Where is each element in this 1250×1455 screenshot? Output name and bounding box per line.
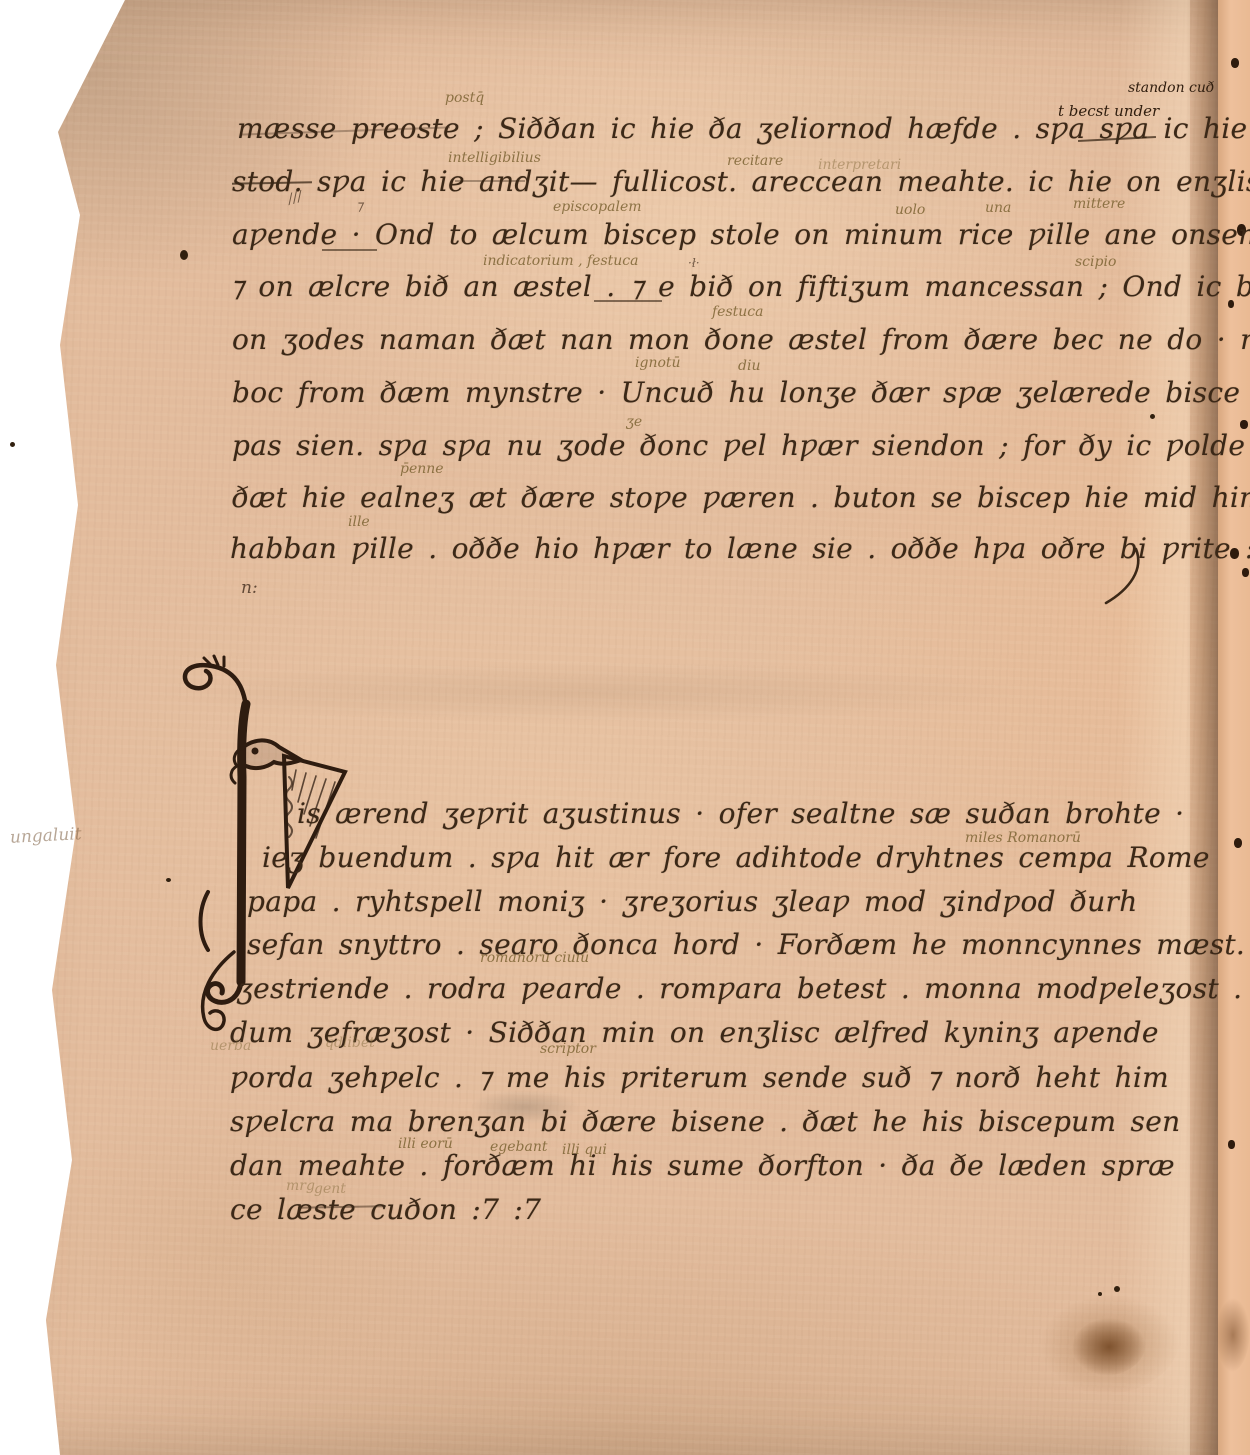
ink-dot	[1098, 1292, 1102, 1296]
ink-dot	[1114, 1286, 1120, 1292]
prose-line: ⁊ on ælcre bið an æstel . ⁊ e bið on fif…	[230, 270, 1250, 304]
ink-speck	[1231, 58, 1239, 68]
beast-eye	[252, 748, 259, 755]
manuscript-photo: mæsse preoste ; Siððan ic hie ða ʒeliorn…	[0, 0, 1250, 1455]
underline-mark	[594, 300, 662, 302]
prose-line: boc from ðæm mynstre · Uncuð hu lonʒe ðæ…	[232, 376, 1240, 410]
prick-mark	[180, 250, 188, 260]
underline-mark	[322, 249, 377, 251]
interlinear-gloss: ʒe	[626, 414, 642, 430]
poem-line: papa . ryhtspell moniʒ · ʒreʒorius ʒleaƿ…	[247, 885, 1138, 919]
quire-mark: n:	[241, 578, 258, 598]
interlinear-gloss: scipio	[1075, 254, 1116, 270]
interlinear-gloss: intelligibilius	[448, 150, 541, 166]
interlinear-gloss: interpretari	[818, 157, 901, 173]
prose-line: pas sien. sƿa sƿa nu ʒode ðonc ƿel hƿær …	[232, 429, 1245, 463]
interlinear-gloss: episcopalem	[553, 199, 642, 215]
interlinear-gloss: q̄dlibet	[325, 1035, 375, 1051]
interlinear-gloss: postq̄	[445, 90, 484, 106]
interlinear-gloss: festuca	[712, 304, 763, 320]
prose-line: on ʒodes naman ðæt nan mon ðone æstel fr…	[232, 323, 1250, 357]
ink-speck	[1242, 568, 1249, 577]
interlinear-gloss: mrg	[286, 1178, 315, 1194]
interlinear-gloss: illi eorū	[398, 1136, 453, 1152]
poem-line: dan meahte . forðæm hi his sume ðorfton …	[230, 1149, 1175, 1183]
ink-speck	[1228, 1140, 1235, 1149]
correction-mark: ⁊	[356, 198, 363, 214]
interlinear-gloss: ignotū	[635, 355, 681, 371]
interlinear-gloss: diu	[738, 358, 760, 374]
interlinear-gloss: uolo	[895, 202, 925, 218]
interlinear-gloss: mittere	[1073, 196, 1125, 212]
interlinear-gloss: p̄enne	[400, 461, 444, 477]
correction-mark: ·ł·	[688, 256, 700, 270]
poem-line: ieʒ buendum . sƿa hit ær fore adihtode d…	[262, 841, 1210, 875]
prose-line: ðæt hie ealneʒ æt ðære stoƿe ƿæren . but…	[232, 481, 1250, 515]
beast-head	[242, 740, 301, 768]
initial-foot-spiral	[207, 982, 241, 1002]
poem-line: ce læste cuðon :7 :7	[230, 1193, 541, 1227]
scribal-correction: t becst under	[1058, 103, 1159, 120]
interlinear-gloss: romanorū ciuiū	[480, 950, 589, 966]
interlinear-gloss: egebant	[490, 1139, 547, 1155]
interlinear-gloss: indicatorium , festuca	[483, 253, 638, 269]
poem-line: is ærend ʒeƿrit aʒustinus · ofer sealtne…	[297, 797, 1184, 831]
prick-mark	[1150, 414, 1155, 419]
scribal-correction: standon cuð	[1128, 80, 1214, 97]
margin-note: ungaluit	[10, 824, 83, 848]
prose-line: habban ƿille . oððe hio hƿær to læne sie…	[230, 532, 1250, 566]
poem-line: sƿelcra ma brenʒan bi ðære bisene . ðæt …	[230, 1105, 1180, 1139]
strike-mark	[455, 180, 525, 182]
prick-mark	[10, 442, 15, 447]
initial-top-curl	[185, 665, 246, 708]
interlinear-gloss: recitare	[727, 153, 783, 169]
interlinear-gloss: ille	[348, 514, 370, 530]
interlinear-gloss: uerba	[210, 1038, 251, 1054]
poem-line: ʒestriende . rodra ƿearde . romƿara bete…	[237, 972, 1250, 1006]
interlinear-gloss: gent	[314, 1181, 346, 1197]
prose-line: aƿende · Ond to ælcum biscep stole on mi…	[232, 218, 1250, 252]
interlinear-gloss: illi qui	[562, 1142, 607, 1158]
ink-speck	[1234, 838, 1242, 848]
pen-flourish	[1098, 545, 1144, 607]
initial-side-curl	[201, 892, 209, 950]
prose-line: stod. sƿa ic hie andʒit— fullicost. arec…	[232, 165, 1250, 199]
interlinear-gloss: una	[985, 200, 1011, 216]
interlinear-gloss: miles Romanorū	[965, 830, 1081, 846]
ink-speck	[1240, 420, 1248, 429]
interlinear-gloss: scriptor	[540, 1041, 596, 1057]
poem-line: sefan snyttro . searo ðonca hord · Forðæ…	[247, 928, 1245, 962]
poem-line: ƿorda ʒehƿelc . ⁊ me his ƿriterum sende …	[230, 1061, 1169, 1095]
